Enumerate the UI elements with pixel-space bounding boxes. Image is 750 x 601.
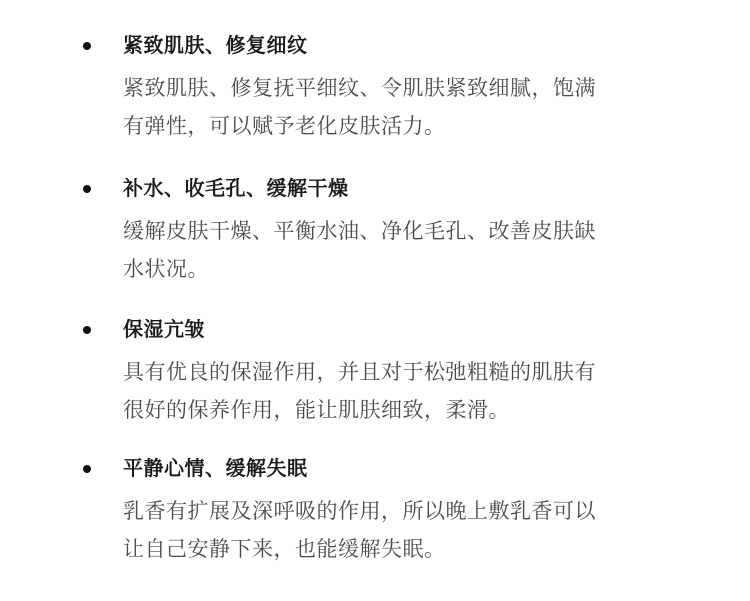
item-heading: 保湿亢皱 [123, 317, 205, 341]
item-description: 乳香有扩展及深呼吸的作用，所以晚上敷乳香可以 让自己安静下来，也能缓解失眠。 [123, 492, 683, 568]
description-line: 紧致肌肤、修复抚平细纹、令肌肤紧致细腻，饱满 [123, 69, 683, 107]
description-line: 水状况。 [123, 250, 683, 288]
description-line: 乳香有扩展及深呼吸的作用，所以晚上敷乳香可以 [123, 492, 683, 530]
bullet-icon [83, 465, 91, 473]
description-line: 缓解皮肤干燥、平衡水油、净化毛孔、改善皮肤缺 [123, 212, 683, 250]
item-description: 缓解皮肤干燥、平衡水油、净化毛孔、改善皮肤缺 水状况。 [123, 212, 683, 288]
description-line: 具有优良的保湿作用，并且对于松弛粗糙的肌肤有 [123, 353, 683, 391]
item-heading: 平静心情、缓解失眠 [123, 456, 308, 480]
item-heading: 紧致肌肤、修复细纹 [123, 33, 308, 57]
bullet-icon [83, 326, 91, 334]
bullet-icon [83, 185, 91, 193]
item-heading: 补水、收毛孔、缓解干燥 [123, 176, 349, 200]
description-line: 让自己安静下来，也能缓解失眠。 [123, 530, 683, 568]
description-line: 有弹性，可以赋予老化皮肤活力。 [123, 107, 683, 145]
item-description: 具有优良的保湿作用，并且对于松弛粗糙的肌肤有 很好的保养作用，能让肌肤细致，柔滑… [123, 353, 683, 429]
item-description: 紧致肌肤、修复抚平细纹、令肌肤紧致细腻，饱满 有弹性，可以赋予老化皮肤活力。 [123, 69, 683, 145]
bullet-icon [83, 42, 91, 50]
description-line: 很好的保养作用，能让肌肤细致，柔滑。 [123, 391, 683, 429]
